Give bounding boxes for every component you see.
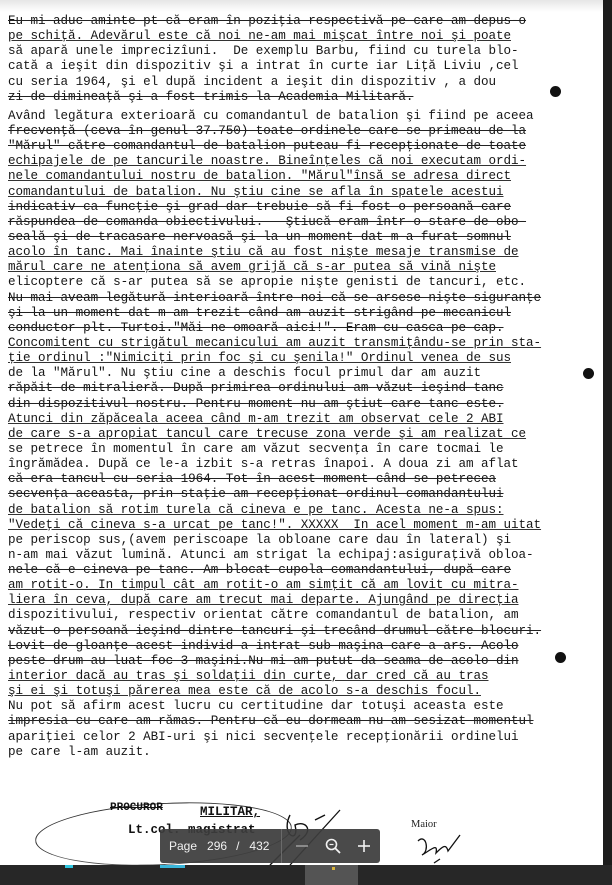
document-line: văzut o persoană ieşind dintre tancuri ş… (8, 624, 603, 639)
current-page-input[interactable]: 296 (207, 839, 227, 853)
major-signature (412, 829, 472, 865)
page-navigation-toolbar: Page 296 / 432 (160, 829, 380, 863)
punch-hole-mark (550, 86, 561, 97)
document-line: de batalion să rotim turela că cineva e … (8, 503, 603, 518)
viewer-scroll-gutter[interactable] (603, 0, 612, 865)
document-line: şi ei şi totuşi părerea mea este că de a… (8, 684, 603, 699)
document-line: răspundea de comanda obiectivului. Ştiuc… (8, 215, 603, 230)
document-line: cată a ieşit din dispozitiv şi a intrat … (8, 59, 603, 74)
document-line: Nu mai aveam legătură interioară între n… (8, 291, 603, 306)
pdf-viewer: Eu mi-aduc aminte pt că eram în poziţia … (0, 0, 612, 865)
document-line: seală şi de tracasare nervoasă şi la un … (8, 230, 603, 245)
document-line: Având legătura exterioară cu comandantul… (8, 109, 603, 124)
document-line: secvenţa aceasta, prin staţie am recepţi… (8, 487, 603, 502)
stamp-militar: MILITAR, (200, 805, 260, 819)
document-line: ţie ordinul :"Nimiciţi prin foc şi cu şe… (8, 351, 603, 366)
document-line: am rotit-o. In timpul cât am rotit-o am … (8, 578, 603, 593)
document-line: Lovit de gloanţe acest individ a intrat … (8, 639, 603, 654)
punch-hole-mark (555, 652, 566, 663)
document-line: echipajele de pe tancurile noastre. Bine… (8, 154, 603, 169)
document-line: "Mărul" către comandantul de batalion pu… (8, 139, 603, 154)
document-line: mărul care ne atenţiona să avem grijă că… (8, 260, 603, 275)
document-line: Nu pot să afirm acest lucru cu certitudi… (8, 699, 603, 714)
taskbar-app-icon[interactable] (160, 865, 185, 868)
document-line: acolo în tanc. Mai înainte ştiu că au fo… (8, 245, 603, 260)
document-line: frecvenţă (ceva în genul 37.750) toate o… (8, 124, 603, 139)
document-line: dispozitivului, respectiv orientat către… (8, 608, 603, 623)
document-line: că era tancul cu seria 1964. Tot în aces… (8, 472, 603, 487)
punch-hole-mark (583, 368, 594, 379)
fit-page-button[interactable] (318, 829, 349, 863)
document-line: de care s-a apropiat tancul care trecuse… (8, 427, 603, 442)
document-line: Atunci din zăpăceala aceea când m-am tre… (8, 412, 603, 427)
magnifier-icon (325, 838, 341, 854)
document-line: liera în ceva, după care am trecut mai d… (8, 593, 603, 608)
page-separator: / (236, 839, 239, 853)
document-line: nele că e cineva pe tanc. Am blocat cupo… (8, 563, 603, 578)
toolbar-divider (281, 829, 282, 863)
document-line: îngrămădea. După ce le-a izbit s-a retra… (8, 457, 603, 472)
document-line: se petrece în momentul în care am văzut … (8, 442, 603, 457)
document-line: comandantului de batalion. Nu ştiu cine … (8, 185, 603, 200)
minus-icon (295, 839, 309, 853)
os-taskbar (0, 865, 612, 885)
document-line: pe care l-am auzit. (8, 745, 603, 760)
document-line: apariţiei celor 2 ABI-uri şi nici secven… (8, 730, 603, 745)
document-line: impresia cu care am rămas. Pentru că eu … (8, 714, 603, 729)
document-page: Eu mi-aduc aminte pt că eram în poziţia … (0, 0, 603, 865)
total-pages: 432 (249, 839, 269, 853)
document-line: să apară unele imprecizîuni. De exemplu … (8, 44, 603, 59)
taskbar-app-icon[interactable] (65, 865, 73, 868)
document-line: zi de dimineaţă şi a fost trimis la Acad… (8, 90, 603, 105)
document-line: interior dacă au tras şi soldaţii din cu… (8, 669, 603, 684)
document-line: pe periscop sus,(avem periscoape la oblo… (8, 533, 603, 548)
document-line: "Vedeţi că cineva s-a urcat pe tanc!". X… (8, 518, 603, 533)
document-line: indicativ ca funcţie şi grad dar trebuie… (8, 200, 603, 215)
document-line: Concomitent cu strigătul mecanicului am … (8, 336, 603, 351)
taskbar-app-icon (332, 867, 335, 870)
document-line: nele comandantului nostru de batalion. "… (8, 169, 603, 184)
document-line: n-am mai văzut lumină. Atunci am strigat… (8, 548, 603, 563)
document-text: Eu mi-aduc aminte pt că eram în poziţia … (8, 14, 603, 760)
zoom-out-button[interactable] (286, 829, 317, 863)
document-line: de la "Mărul". Nu ştiu cine a deschis fo… (8, 366, 603, 381)
stamp-title: PROCUROR (110, 802, 163, 814)
document-line: elicoptere că s-ar putea să se apropie n… (8, 275, 603, 290)
document-line: pe schiţă. Adevărul este că noi ne-am ma… (8, 29, 603, 44)
document-line: Eu mi-aduc aminte pt că eram în poziţia … (8, 14, 603, 29)
document-line: răpăit de mitralieră. După primirea ordi… (8, 381, 603, 396)
document-line: conductor plt. Turtoi."Măi ne omoară aic… (8, 321, 603, 336)
plus-icon (357, 839, 371, 853)
document-line: peste drum au luat foc 3 maşini.Nu mi-am… (8, 654, 603, 669)
page-label: Page (169, 839, 197, 853)
document-line: din dispozitivul nostru. Pentru moment n… (8, 397, 603, 412)
page-top-shadow (0, 0, 603, 12)
document-line: cu seria 1964, şi el după incident a ieş… (8, 75, 603, 90)
document-line: şi la un moment dat m-am trezit când am … (8, 306, 603, 321)
zoom-in-button[interactable] (349, 829, 380, 863)
